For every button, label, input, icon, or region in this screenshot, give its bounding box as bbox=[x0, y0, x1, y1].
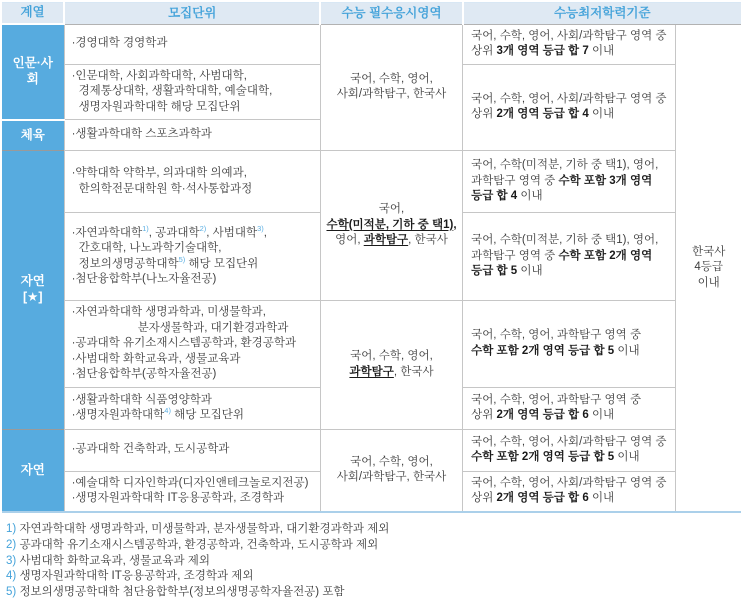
text-line: 체육 bbox=[7, 128, 59, 144]
footnote-text: 공과대학 유기소재시스템공학과, 환경공학과, 건축학과, 도시공학과 제외 bbox=[19, 539, 378, 551]
footnote-number: 2) bbox=[6, 539, 16, 551]
text-line: 사회/과학탐구, 한국사 bbox=[326, 87, 457, 103]
text-line: 분자생물학과, 대기환경과학과 bbox=[72, 321, 314, 337]
text-line: ·약학대학 약학부, 의과대학 의예과, bbox=[72, 166, 314, 182]
text-line: 수학 포함 2개 영역 등급 합 5 이내 bbox=[471, 344, 669, 360]
text-line: 자연 bbox=[7, 463, 59, 479]
header-required-areas: 수능 필수응시영역 bbox=[320, 3, 462, 25]
unit-cell-sports-science: ·생활과학대학 스포츠과학과 bbox=[64, 120, 320, 151]
text-line: 과학탐구 영역 중 수학 포함 3개 영역 bbox=[471, 174, 669, 190]
category-cell-natural: 자연 bbox=[2, 429, 64, 512]
minimum-cell-food-nutrition-group: 국어, 수학, 영어, 과학탐구 영역 중상위 2개 영역 등급 합 6 이내 bbox=[463, 387, 676, 429]
text-line: ·생명자원과학대학 IT응용공학과, 조경학과 bbox=[72, 491, 314, 507]
unit-cell-design-it-group: ·예술대학 디자인학과(디자인앤테크놀로지전공)·생명자원과학대학 IT응용공학… bbox=[64, 471, 320, 512]
footnote-number: 4) bbox=[6, 570, 16, 582]
text-line: 상위 2개 영역 등급 합 6 이내 bbox=[471, 408, 669, 424]
text-line: 국어, 수학, 영어, bbox=[326, 349, 457, 365]
text-line: 국어, bbox=[326, 202, 457, 218]
unit-cell-architecture-urban: ·공과대학 건축학과, 도시공학과 bbox=[64, 429, 320, 471]
text-line: 국어, 수학, 영어, bbox=[326, 72, 457, 88]
text-line: 수학 포함 2개 영역 등급 합 5 이내 bbox=[471, 450, 669, 466]
category-cell-natural-star: 자연[★] bbox=[2, 151, 64, 430]
minimum-cell-life-sciences-group: 국어, 수학, 영어, 과학탐구 영역 중수학 포함 2개 영역 등급 합 5 … bbox=[463, 301, 676, 388]
unit-cell-food-nutrition-group: ·생활과학대학 식품영양학과·생명자원과학대학4) 해당 모집단위 bbox=[64, 387, 320, 429]
table-row: 자연 ·공과대학 건축학과, 도시공학과 국어, 수학, 영어,사회/과학탐구,… bbox=[2, 429, 741, 471]
footnote-item: 1) 자연과학대학 생명과학과, 미생물학과, 분자생물학과, 대기환경과학과 … bbox=[6, 522, 741, 538]
unit-cell-humanities-group: ·인문대학, 사회과학대학, 사범대학,경제통상대학, 생활과학대학, 예술대학… bbox=[64, 64, 320, 120]
text-line: ·경영대학 경영학과 bbox=[72, 36, 314, 52]
minimum-cell-natural-sciences-group: 국어, 수학(미적분, 기하 중 택1), 영어,과학탐구 영역 중 수학 포함… bbox=[463, 213, 676, 301]
text-line: ·공과대학 유기소재시스템공학과, 환경공학과 bbox=[72, 336, 314, 352]
category-cell-sports: 체육 bbox=[2, 120, 64, 151]
text-line: 인문·사회 bbox=[7, 56, 59, 87]
text-line: ·생활과학대학 스포츠과학과 bbox=[72, 127, 314, 143]
text-line: 사회/과학탐구, 한국사 bbox=[326, 470, 457, 486]
minimum-cell-business: 국어, 수학, 영어, 사회/과학탐구 영역 중상위 3개 영역 등급 합 7 … bbox=[463, 24, 676, 64]
footnote-item: 3) 사범대학 화학교육과, 생물교육과 제외 bbox=[6, 554, 741, 570]
unit-cell-natural-sciences-group: ·자연과학대학1), 공과대학2), 사범대학3),간호대학, 나노과학기술대학… bbox=[64, 213, 320, 301]
text-line: 한의학전문대학원 학·석사통합과정 bbox=[72, 182, 314, 198]
required-areas-cell-natural-science-inquiry: 국어, 수학, 영어,과학탐구, 한국사 bbox=[320, 301, 462, 430]
text-line: 정보의생명공학대학5) 해당 모집단위 bbox=[72, 257, 314, 273]
unit-cell-life-sciences-group: ·자연과학대학 생명과학과, 미생물학과,분자생물학과, 대기환경과학과·공과대… bbox=[64, 301, 320, 388]
footnote-item: 4) 생명자원과학대학 IT응용공학과, 조경학과 제외 bbox=[6, 569, 741, 585]
text-line: 국어, 수학(미적분, 기하 중 택1), 영어, bbox=[471, 233, 669, 249]
text-line: 수학(미적분, 기하 중 택1), bbox=[326, 218, 457, 234]
footnote-number: 5) bbox=[6, 586, 16, 598]
text-line: 한국사 bbox=[681, 245, 736, 261]
header-unit: 모집단위 bbox=[64, 3, 320, 25]
category-cell-humanities: 인문·사회 bbox=[2, 24, 64, 120]
text-line: 과학탐구, 한국사 bbox=[326, 365, 457, 381]
minimum-cell-architecture-urban: 국어, 수학, 영어, 사회/과학탐구 영역 중수학 포함 2개 영역 등급 합… bbox=[463, 429, 676, 471]
text-line: 국어, 수학, 영어, 사회/과학탐구 영역 중 bbox=[471, 29, 669, 45]
text-line: 영어, 과학탐구, 한국사 bbox=[326, 233, 457, 249]
text-line: 자연 bbox=[7, 274, 59, 290]
text-line: 과학탐구 영역 중 수학 포함 2개 영역 bbox=[471, 249, 669, 265]
footnote-item: 2) 공과대학 유기소재시스템공학과, 환경공학과, 건축학과, 도시공학과 제… bbox=[6, 538, 741, 554]
text-line: 등급 합 4 이내 bbox=[471, 189, 669, 205]
header-category: 계열 bbox=[2, 3, 64, 25]
text-line: 경제통상대학, 생활과학대학, 예술대학, bbox=[72, 84, 314, 100]
table-row: ·자연과학대학 생명과학과, 미생물학과,분자생물학과, 대기환경과학과·공과대… bbox=[2, 301, 741, 388]
text-line: ·첨단융합학부(나노자율전공) bbox=[72, 272, 314, 288]
text-line: ·생명자원과학대학4) 해당 모집단위 bbox=[72, 408, 314, 424]
text-line: 이내 bbox=[681, 276, 736, 292]
text-line: ·첨단융합학부(공학자율전공) bbox=[72, 367, 314, 383]
footnote-text: 정보의생명공학대학 첨단융합학부(정보의생명공학자율전공) 포함 bbox=[19, 586, 344, 598]
required-areas-cell-natural-calculus: 국어,수학(미적분, 기하 중 택1),영어, 과학탐구, 한국사 bbox=[320, 151, 462, 301]
text-line: ·자연과학대학1), 공과대학2), 사범대학3), bbox=[72, 226, 314, 242]
header-minimum-standard: 수능최저학력기준 bbox=[463, 3, 741, 25]
text-line: 상위 2개 영역 등급 합 4 이내 bbox=[471, 107, 669, 123]
table-row: 자연[★] ·약학대학 약학부, 의과대학 의예과,한의학전문대학원 학·석사통… bbox=[2, 151, 741, 213]
text-line: 등급 합 5 이내 bbox=[471, 264, 669, 280]
text-line: 국어, 수학, 영어, 과학탐구 영역 중 bbox=[471, 328, 669, 344]
text-line: 상위 2개 영역 등급 합 6 이내 bbox=[471, 491, 669, 507]
text-line: ·공과대학 건축학과, 도시공학과 bbox=[72, 442, 314, 458]
minimum-cell-pharmacy-medicine: 국어, 수학(미적분, 기하 중 택1), 영어,과학탐구 영역 중 수학 포함… bbox=[463, 151, 676, 213]
text-line: 4등급 bbox=[681, 260, 736, 276]
text-line: 국어, 수학(미적분, 기하 중 택1), 영어, bbox=[471, 158, 669, 174]
text-line: 상위 3개 영역 등급 합 7 이내 bbox=[471, 44, 669, 60]
footnote-text: 자연과학대학 생명과학과, 미생물학과, 분자생물학과, 대기환경과학과 제외 bbox=[19, 523, 389, 535]
text-line: 간호대학, 나노과학기술대학, bbox=[72, 241, 314, 257]
text-line: 국어, 수학, 영어, 사회/과학탐구 영역 중 bbox=[471, 476, 669, 492]
text-line: ·자연과학대학 생명과학과, 미생물학과, bbox=[72, 305, 314, 321]
required-areas-cell-natural-social: 국어, 수학, 영어,사회/과학탐구, 한국사 bbox=[320, 429, 462, 512]
text-line: 국어, 수학, 영어, 사회/과학탐구 영역 중 bbox=[471, 92, 669, 108]
footnote-item: 5) 정보의생명공학대학 첨단융합학부(정보의생명공학자율전공) 포함 bbox=[6, 585, 741, 601]
text-line: 생명자원과학대학 해당 모집단위 bbox=[72, 100, 314, 116]
text-line: ·인문대학, 사회과학대학, 사범대학, bbox=[72, 69, 314, 85]
text-line: ·예술대학 디자인학과(디자인앤테크놀로지전공) bbox=[72, 476, 314, 492]
footnote-text: 사범대학 화학교육과, 생물교육과 제외 bbox=[19, 555, 210, 567]
minimum-cell-design-it-group: 국어, 수학, 영어, 사회/과학탐구 영역 중상위 2개 영역 등급 합 6 … bbox=[463, 471, 676, 512]
text-line: [★] bbox=[7, 290, 59, 306]
admission-criteria-page: 계열 모집단위 수능 필수응시영역 수능최저학력기준 인문·사회 ·경영대학 경… bbox=[0, 0, 743, 601]
footnote-text: 생명자원과학대학 IT응용공학과, 조경학과 제외 bbox=[19, 570, 253, 582]
footnotes: 1) 자연과학대학 생명과학과, 미생물학과, 분자생물학과, 대기환경과학과 … bbox=[2, 522, 741, 601]
footnote-number: 1) bbox=[6, 523, 16, 535]
footnote-number: 3) bbox=[6, 555, 16, 567]
unit-cell-business: ·경영대학 경영학과 bbox=[64, 24, 320, 64]
korean-history-requirement-cell: 한국사4등급이내 bbox=[676, 24, 741, 512]
text-line: 국어, 수학, 영어, 과학탐구 영역 중 bbox=[471, 393, 669, 409]
header-row: 계열 모집단위 수능 필수응시영역 수능최저학력기준 bbox=[2, 3, 741, 25]
table-row: 인문·사회 ·경영대학 경영학과 국어, 수학, 영어,사회/과학탐구, 한국사… bbox=[2, 24, 741, 64]
admission-criteria-table: 계열 모집단위 수능 필수응시영역 수능최저학력기준 인문·사회 ·경영대학 경… bbox=[2, 2, 741, 513]
text-line: ·사범대학 화학교육과, 생물교육과 bbox=[72, 352, 314, 368]
minimum-cell-humanities-group: 국어, 수학, 영어, 사회/과학탐구 영역 중상위 2개 영역 등급 합 4 … bbox=[463, 64, 676, 151]
unit-cell-pharmacy-medicine: ·약학대학 약학부, 의과대학 의예과,한의학전문대학원 학·석사통합과정 bbox=[64, 151, 320, 213]
text-line: ·생활과학대학 식품영양학과 bbox=[72, 393, 314, 409]
required-areas-cell-humanities: 국어, 수학, 영어,사회/과학탐구, 한국사 bbox=[320, 24, 462, 151]
text-line: 국어, 수학, 영어, bbox=[326, 455, 457, 471]
text-line: 국어, 수학, 영어, 사회/과학탐구 영역 중 bbox=[471, 435, 669, 451]
